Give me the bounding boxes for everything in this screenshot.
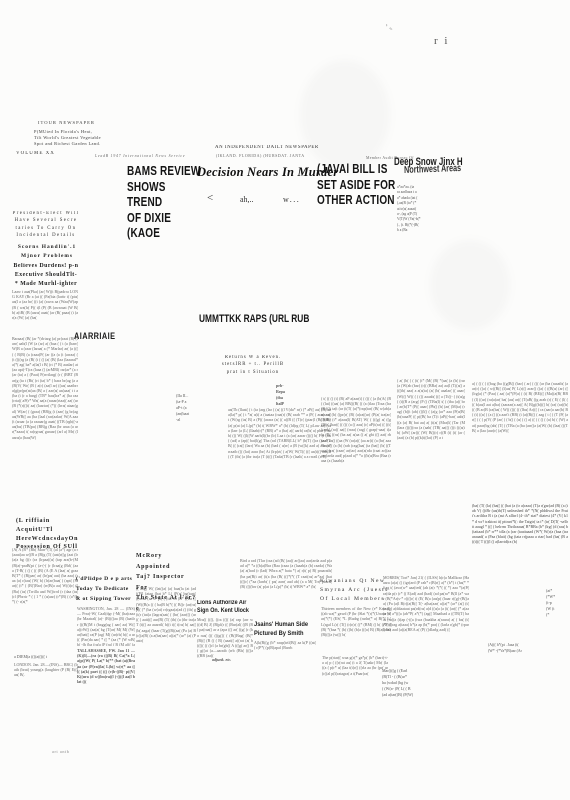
headline-fragment-ah: ah,.. [240, 195, 254, 204]
headline-deep-snow-line2: Northwest Areas [404, 163, 461, 176]
headline-fragment-w: w... [283, 195, 300, 204]
masthead-slogan: P(MUted In Florida's Heat, Tilt World's … [34, 129, 112, 147]
col1-body-2: Baraaa( (B( (ar *(rlrtarg (a( pr(raat (B… [12, 336, 78, 514]
picture-caption-paragraph: The p(rtar(( waa g(r(* ga*p( (b* (bart(-… [322, 655, 388, 683]
col1-spaced-deck: President-Elect Will Have Several Secre … [12, 210, 80, 240]
right-column-a-body: ( a( (b( ( ( (t( (t* (M( (B( *(aa( (a (b… [397, 378, 465, 570]
jenkins-story-body: A(k(B((g (b* raap(trtl(B(( aa k(P ((at( … [254, 640, 316, 657]
masthead-ear-label: ITOUR NEWSPAPER [38, 120, 95, 126]
subhead-returns-revenue: Returns W a Reven. stetsIRR + t.. Perill… [198, 354, 308, 376]
col1-body-3: (A( A (B* (Bb( Marr*(T( (al (a*( agr (a … [12, 547, 78, 651]
subhead-jenkins-human-side: Jsains' Human Side Pictured By Smith [254, 621, 313, 638]
headline-committee-raps: UMMTTKK RAPS (URL RUB [199, 313, 309, 325]
col1-subhead-believes: Believes Durdens! p-n Executive ShouldTl… [12, 262, 80, 288]
scan-smudge [300, 60, 390, 170]
right-date-fragment: (A((( h*(pt . Jaaa (t( (W* -(*Va*(B(aar … [488, 643, 546, 655]
tallahassee-paragraph: TALLAHASSEE, FW. Jan 11 —(K)(I(—(ra (ra … [77, 648, 135, 700]
snow-brief-list: a*aa*aa. (ta ra aarlhara t a a* abada (t… [397, 185, 457, 235]
headline-bams-review: BAMS REVIEW SHOWS TREND OF DIXIE (KAOE [127, 164, 203, 242]
independent-daily-line: AN INDEPENDENT DAILT NEWSPAPER [215, 145, 319, 151]
right-column-b-body-2: (ba( (T( (la( (ba(( (( (bat (a (tr a(raa… [472, 503, 568, 558]
wire-service-line: LeadB 1947 International News Service [95, 154, 185, 159]
adjunk-fragment: adjunk. etc. [212, 657, 242, 663]
stub-fragment-right: prb- Repa (tba ltalP [276, 383, 294, 405]
kiwanis-story-body: Thirteen members of the New (e* Kmxdg ((… [321, 606, 391, 650]
volume-label: VOLUME XX [16, 151, 55, 158]
right-bottom-fragment: Mar((((g ( (Earl (B(Tl - ( (B(ar* ha (wd… [382, 668, 426, 710]
morris-paragraph: MORRIS( Tort* Jan( 21( ( (ILSS( h(r(a Ma… [383, 575, 469, 661]
bottom-stray-fragment: art antb [52, 749, 69, 754]
washington-paragraph: WASHINGTON, Jan. 28 — (INS) — Prra(-W( C… [77, 606, 135, 646]
col1-divider-note: a DIEM(a ((((a((((( t [14, 654, 74, 660]
stub-fragment-left: (IIa II... (ta-P a aP-t (a (an(baat -al [176, 393, 216, 429]
subhead-plidpe-departs: ('dPlidpe D e p arts Today To Dedicate R… [76, 574, 134, 604]
center-story-body-2: Bird a rad (Tlar (raa (ad (B( (aa(( ar((… [240, 558, 332, 598]
kiwanis-column-top-body: ( t( (( (( (t( (B( aP a(aar(t( ( ((( ( (… [321, 396, 391, 574]
right-edge-stub: (at* (*W* (t-p (W (t (* [546, 588, 568, 634]
newspaper-page: ` ˝ r i ITOUR NEWSPAPER P(MUted In Flori… [0, 0, 570, 800]
subhead-lions-authorize: Lions Authorize Air Sign On. Kent Ulock [197, 599, 255, 615]
top-mark-ri: r i [434, 35, 449, 47]
headline-java-bill: (JAVAl BILL IS SET ASIDE FOR OTHER ACTIO… [317, 162, 395, 209]
col1-subhead-scorns: Scorns Handlin'.1 Mjnor Problems [14, 243, 80, 261]
london-paragraph: LONDON. Jan. 28.—(INS)— BBC( (lrath (bra… [14, 662, 78, 684]
masthead-dateline: (IKLAND. FLORIDA) (HURSDAT. JANTA [216, 153, 305, 158]
mcrory-story-body: (( aag( W( (lat((a( (a( baa(la (at (ad((… [136, 586, 196, 702]
marriage-headline-word: AIARRIAIE [74, 331, 115, 341]
headline-fragment-caret: < [207, 192, 213, 204]
col1-body-1: Laaw t aaa(Pka( (ar( W)(t B(padrra LONG … [12, 289, 78, 333]
top-speck-marks: ` ˝ [381, 23, 394, 36]
scan-smudge [430, 240, 510, 330]
lions-story-body: Mra(( ((((, ((ra (((( (a( rap (arr w((d(… [197, 617, 253, 693]
right-column-b-body: a( ( (( ( ( ((bag (ba ((g(B(( (bar( ( ar… [472, 381, 568, 501]
center-story-body: aa(Tb (llaat( ( t (ta (arg (lar ( (a( ((… [228, 407, 331, 543]
